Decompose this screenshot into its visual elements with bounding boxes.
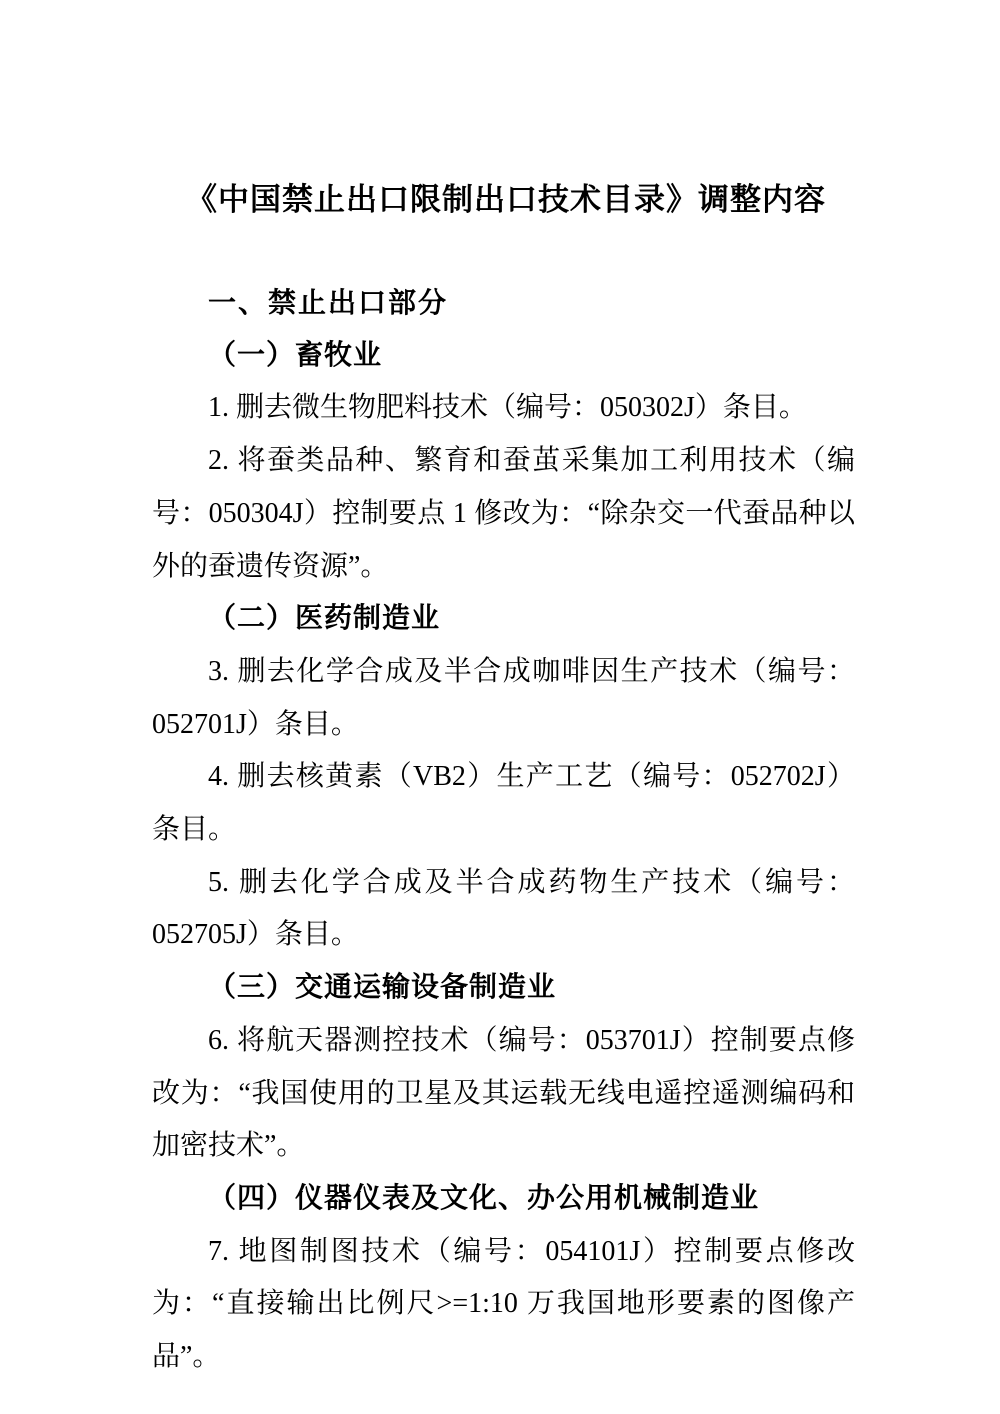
subsection-heading-instruments-office-machinery: （四）仪器仪表及文化、办公用机械制造业 [152, 1173, 855, 1226]
document-body: 一、禁止出口部分 （一）畜牧业 1. 删去微生物肥料技术（编号：050302J）… [0, 277, 1000, 1384]
subsection-heading-animal-husbandry: （一）畜牧业 [152, 330, 855, 383]
paragraph-item-3: 3. 删去化学合成及半合成咖啡因生产技术（编号：052701J）条目。 [152, 646, 855, 751]
paragraph-item-5: 5. 删去化学合成及半合成药物生产技术（编号：052705J）条目。 [152, 857, 855, 962]
document-page: 《中国禁止出口限制出口技术目录》调整内容 一、禁止出口部分 （一）畜牧业 1. … [0, 0, 1000, 1414]
paragraph-item-2: 2. 将蚕类品种、繁育和蚕茧采集加工利用技术（编号：050304J）控制要点 1… [152, 435, 855, 593]
page-number: 1 [0, 1288, 994, 1310]
subsection-heading-transport-equipment: （三）交通运输设备制造业 [152, 962, 855, 1015]
document-title: 《中国禁止出口限制出口技术目录》调整内容 [0, 0, 1000, 219]
paragraph-item-6: 6. 将航天器测控技术（编号：053701J）控制要点修改为：“我国使用的卫星及… [152, 1015, 855, 1173]
paragraph-item-4: 4. 删去核黄素（VB2）生产工艺（编号：052702J）条目。 [152, 751, 855, 856]
paragraph-item-1: 1. 删去微生物肥料技术（编号：050302J）条目。 [152, 382, 855, 435]
subsection-heading-pharmaceutical: （二）医药制造业 [152, 593, 855, 646]
section-heading-prohibited-export: 一、禁止出口部分 [152, 277, 855, 330]
